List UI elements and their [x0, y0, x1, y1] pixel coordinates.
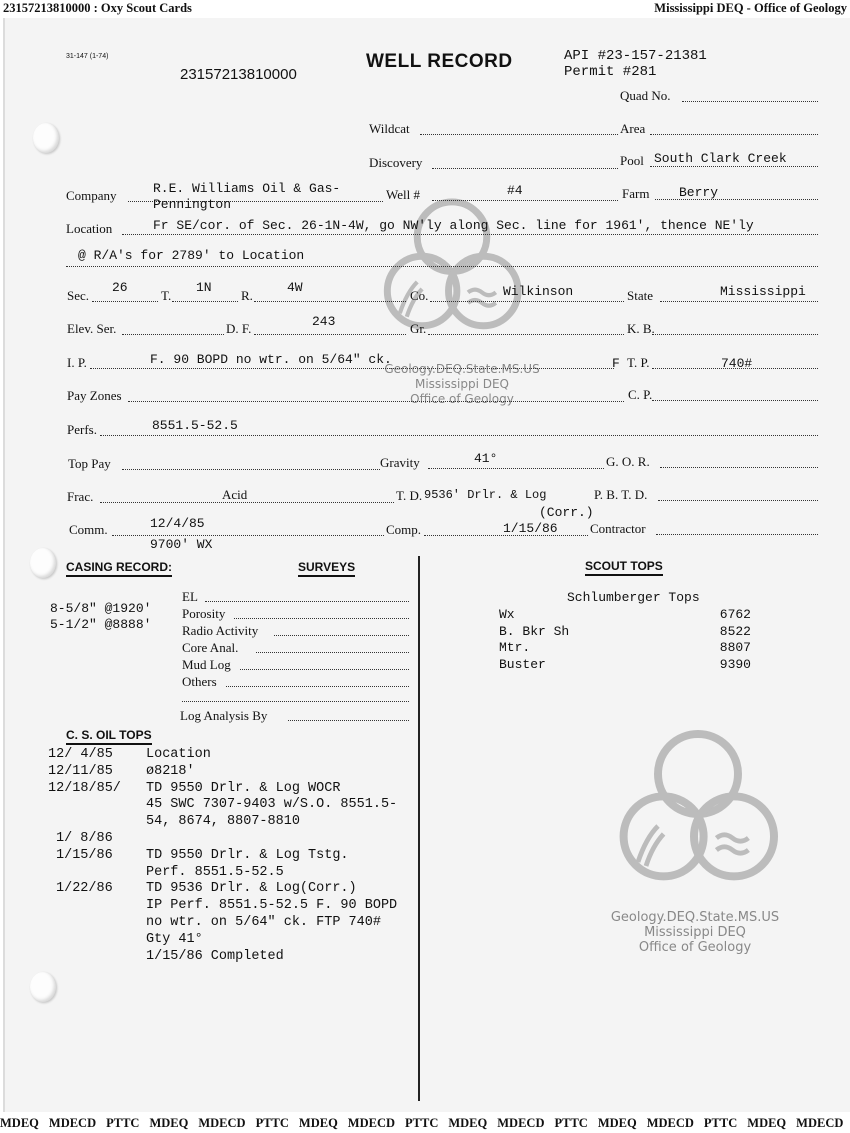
scout-tops-table: Wx6762 B. Bkr Sh8522 Mtr.8807 Buster9390	[499, 607, 751, 673]
casing-record-heading: CASING RECORD:	[66, 560, 172, 574]
footer-token: MDEQ	[0, 1116, 39, 1130]
td-corr: (Corr.)	[539, 505, 594, 520]
pay-zones-label: Pay Zones	[67, 388, 122, 404]
formation-name: Wx	[499, 607, 515, 624]
tp-label: T. P.	[627, 355, 650, 371]
scout-tops-title: SCOUT TOPS	[585, 559, 663, 576]
sec-value: 26	[112, 280, 128, 295]
formation-name: Buster	[499, 657, 546, 674]
cs-oil-tops-title: C. S. OIL TOPS	[66, 728, 152, 745]
log-entry: 12/ 4/85Location	[48, 747, 397, 764]
td-value: 9536' Drlr. & Log	[424, 488, 546, 502]
watermark-text: Geology.DEQ.State.MS.US Mississippi DEQ …	[595, 910, 795, 955]
td-label: T. D.	[396, 488, 422, 504]
log-entry-cont: 45 SWC 7307-9403 w/S.O. 8551.5-	[48, 797, 397, 814]
log-analysis-by-label: Log Analysis By	[180, 708, 267, 724]
log-entry-cont: 54, 8674, 8807-8810	[48, 814, 397, 831]
df-label: D. F.	[226, 321, 251, 337]
log-text: IP Perf. 8551.5-52.5 F. 90 BOPD	[146, 898, 397, 915]
company-value: R.E. Williams Oil & Gas-	[153, 181, 340, 196]
log-entry: 1/22/86TD 9536 Drlr. & Log(Corr.)	[48, 881, 397, 898]
watermark-office: Office of Geology	[595, 940, 795, 955]
log-entry-cont: 1/15/86 Completed	[48, 949, 397, 966]
permit-number: Permit #281	[564, 64, 656, 80]
cp-label: C. P.	[628, 387, 652, 403]
record-title: 23157213810000 : Oxy Scout Cards	[3, 0, 192, 17]
log-entry-cont: no wtr. on 5/64" ck. FTP 740#	[48, 915, 397, 932]
comm-value-line2: 9700' WX	[150, 537, 212, 552]
footer-token: PTTC	[704, 1116, 737, 1130]
column-divider	[418, 556, 420, 1101]
df-value: 243	[312, 314, 335, 329]
frac-label: Frac.	[67, 489, 93, 505]
footer-token: MDECD	[49, 1116, 96, 1130]
survey-core-anal-label: Core Anal.	[182, 640, 238, 656]
elev-ser-label: Elev. Ser.	[67, 321, 116, 337]
company-value-line2: Pennington	[153, 197, 231, 212]
log-text: no wtr. on 5/64" ck. FTP 740#	[146, 915, 381, 932]
kb-label: K. B.	[627, 321, 655, 337]
comm-label: Comm.	[69, 522, 108, 538]
footer-strip: MDEQMDECDPTTCMDEQMDECDPTTCMDEQMDECDPTTCM…	[0, 1113, 850, 1133]
log-entry-cont: Perf. 8551.5-52.5	[48, 865, 397, 882]
survey-mud-log-label: Mud Log	[182, 657, 231, 673]
formation-depth: 9390	[720, 657, 751, 674]
location-value-line2: @ R/A's for 2789' to Location	[78, 248, 304, 263]
survey-el-label: EL	[182, 589, 198, 605]
tp-value: 740#	[721, 356, 752, 371]
farm-label: Farm	[622, 186, 649, 202]
scout-top-row: Wx6762	[499, 607, 751, 624]
well-no-value: #4	[507, 183, 523, 198]
survey-radio-activity-label: Radio Activity	[182, 623, 258, 639]
pool-label: Pool	[620, 153, 644, 169]
location-value: Fr SE/cor. of Sec. 26-1N-4W, go NW'ly al…	[153, 218, 754, 233]
pool-value: South Clark Creek	[654, 151, 787, 166]
perfs-value: 8551.5-52.5	[152, 418, 238, 433]
log-text: ø8218'	[146, 764, 195, 781]
county-value: Wilkinson	[503, 284, 573, 299]
perfs-label: Perfs.	[67, 422, 97, 438]
comm-value: 12/4/85	[150, 516, 205, 531]
footer-token: PTTC	[405, 1116, 438, 1130]
log-entry-cont: IP Perf. 8551.5-52.5 F. 90 BOPD	[48, 898, 397, 915]
form-number: 31-147 (1-74)	[66, 53, 108, 60]
scout-top-row: Mtr.8807	[499, 640, 751, 657]
watermark-org: Mississippi DEQ	[595, 925, 795, 940]
title-bar: 23157213810000 : Oxy Scout Cards Mississ…	[0, 0, 850, 17]
survey-porosity-label: Porosity	[182, 606, 225, 622]
formation-depth: 8522	[720, 624, 751, 641]
mdeq-logo-watermark-icon	[593, 718, 803, 918]
surveys-title: SURVEYS	[298, 560, 355, 577]
watermark-url: Geology.DEQ.State.MS.US	[595, 910, 795, 925]
footer-token: PTTC	[554, 1116, 587, 1130]
state-label: State	[627, 288, 653, 304]
punch-hole-icon	[30, 972, 56, 1002]
comp-value: 1/15/86	[503, 521, 558, 536]
watermark-url: Geology.DEQ.State.MS.US	[362, 362, 562, 377]
log-text: TD 9550 Drlr. & Log Tstg.	[146, 848, 349, 865]
casing-row: 5-1/2" @8888'	[50, 617, 151, 633]
scout-tops-heading: SCOUT TOPS	[585, 559, 663, 573]
footer-token: MDEQ	[747, 1116, 786, 1130]
punch-hole-icon	[33, 123, 59, 153]
watermark-org: Mississippi DEQ	[362, 377, 562, 392]
gravity-label: Gravity	[380, 455, 420, 471]
punch-hole-icon	[30, 548, 56, 578]
scout-top-row: Buster9390	[499, 657, 751, 674]
casing-row: 8-5/8" @1920'	[50, 601, 151, 617]
footer-token: MDEQ	[149, 1116, 188, 1130]
log-date: 1/22/86	[48, 881, 146, 898]
log-date: 12/ 4/85	[48, 747, 146, 764]
formation-name: Mtr.	[499, 640, 530, 657]
footer-token: MDEQ	[299, 1116, 338, 1130]
contractor-label: Contractor	[590, 521, 646, 537]
log-date: 12/18/85/	[48, 781, 146, 798]
footer-token: MDECD	[198, 1116, 245, 1130]
log-text: Gty 41°	[146, 932, 203, 949]
footer-token: PTTC	[106, 1116, 139, 1130]
cs-oil-tops-heading: C. S. OIL TOPS	[66, 728, 152, 742]
quad-no-label: Quad No.	[620, 88, 671, 104]
log-text: 45 SWC 7307-9403 w/S.O. 8551.5-	[146, 797, 397, 814]
state-value: Mississippi	[720, 284, 806, 299]
casing-record-title: CASING RECORD:	[66, 560, 172, 577]
discovery-label: Discovery	[369, 155, 422, 171]
surveys-heading: SURVEYS	[298, 560, 355, 574]
log-date: 1/ 8/86	[48, 831, 146, 848]
company-label: Company	[66, 188, 117, 204]
ip-value: F. 90 BOPD no wtr. on 5/64" ck.	[150, 352, 392, 367]
footer-token: MDECD	[796, 1116, 843, 1130]
log-entry: 12/18/85/TD 9550 Drlr. & Log WOCR	[48, 781, 397, 798]
footer-token: MDEQ	[598, 1116, 637, 1130]
schlumberger-tops-subtitle: Schlumberger Tops	[567, 590, 700, 605]
formation-depth: 6762	[720, 607, 751, 624]
footer-token: MDECD	[348, 1116, 395, 1130]
ip-label: I. P.	[67, 355, 87, 371]
log-text: 1/15/86 Completed	[146, 949, 284, 966]
page-title: WELL RECORD	[366, 51, 513, 73]
card-id: 23157213810000	[180, 66, 297, 83]
comp-label: Comp.	[386, 522, 421, 538]
casing-record-list: 8-5/8" @1920' 5-1/2" @8888'	[50, 601, 151, 633]
log-entry: 12/11/85ø8218'	[48, 764, 397, 781]
footer-token: MDECD	[497, 1116, 544, 1130]
cs-oil-tops-log: 12/ 4/85Location 12/11/85ø8218' 12/18/85…	[48, 747, 397, 965]
footer-token: MDECD	[647, 1116, 694, 1130]
pbtd-label: P. B. T. D.	[594, 487, 647, 503]
survey-others-label: Others	[182, 674, 217, 690]
well-no-label: Well #	[386, 187, 420, 203]
wildcat-label: Wildcat	[369, 121, 410, 137]
footer-token: MDEQ	[448, 1116, 487, 1130]
frac-value: Acid	[222, 487, 247, 503]
log-text: 54, 8674, 8807-8810	[146, 814, 300, 831]
log-text: TD 9550 Drlr. & Log WOCR	[146, 781, 340, 798]
tp-prefix: F	[612, 356, 620, 371]
log-date: 1/15/86	[48, 848, 146, 865]
log-entry: 1/15/86TD 9550 Drlr. & Log Tstg.	[48, 848, 397, 865]
location-label: Location	[66, 221, 112, 237]
gr-label: Gr.	[410, 321, 426, 337]
range-value: 4W	[287, 280, 303, 295]
range-label: R.	[241, 288, 253, 304]
log-date: 12/11/85	[48, 764, 146, 781]
township-label: T.	[161, 288, 171, 304]
area-label: Area	[620, 121, 645, 137]
farm-value: Berry	[679, 185, 718, 200]
log-text: TD 9536 Drlr. & Log(Corr.)	[146, 881, 357, 898]
log-entry-cont: Gty 41°	[48, 932, 397, 949]
sec-label: Sec.	[67, 288, 89, 304]
township-value: 1N	[196, 280, 212, 295]
formation-name: B. Bkr Sh	[499, 624, 569, 641]
scout-top-row: B. Bkr Sh8522	[499, 624, 751, 641]
county-label: Co.	[410, 288, 428, 304]
gravity-value: 41°	[474, 451, 497, 466]
gor-label: G. O. R.	[606, 454, 650, 470]
agency-title: Mississippi DEQ - Office of Geology	[654, 0, 847, 17]
log-text: Location	[146, 747, 211, 764]
api-number: API #23-157-21381	[564, 48, 707, 64]
top-pay-label: Top Pay	[68, 456, 111, 472]
footer-token: PTTC	[256, 1116, 289, 1130]
log-entry: 1/ 8/86	[48, 831, 397, 848]
formation-depth: 8807	[720, 640, 751, 657]
watermark-office: Office of Geology	[362, 392, 562, 407]
log-text: Perf. 8551.5-52.5	[146, 865, 284, 882]
